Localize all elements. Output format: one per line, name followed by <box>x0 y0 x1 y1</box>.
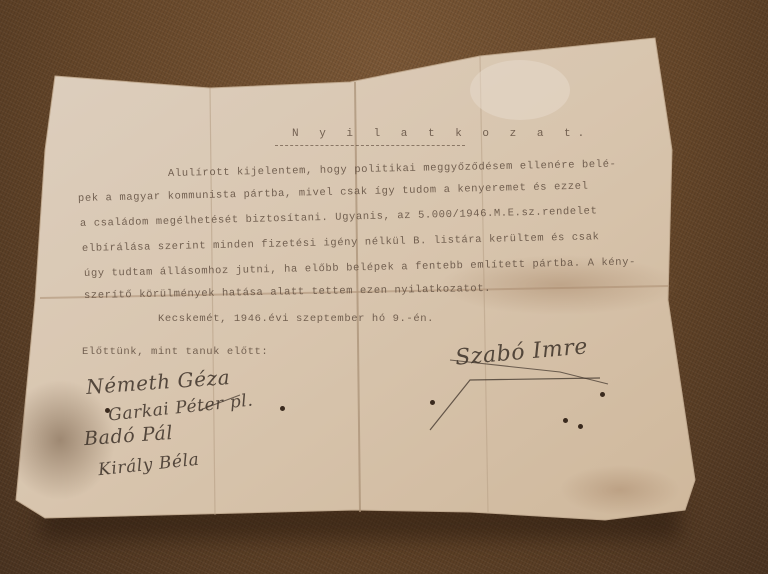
body-line-3: a családom megélhetését biztosítani. Ugy… <box>80 205 598 230</box>
document-text: N y i l a t k o z a t. Alulírott kijelen… <box>0 0 768 574</box>
witness-label: Előttünk, mint tanuk előtt: <box>82 346 268 358</box>
ink-dot <box>563 418 568 423</box>
title-underline <box>275 145 465 146</box>
ink-dot <box>578 424 583 429</box>
witness-signature-3: Badó Pál <box>83 422 173 450</box>
place-date: Kecskemét, 1946.évi szeptember hó 9.-én. <box>158 313 434 325</box>
body-line-1: Alulírott kijelentem, hogy politikai meg… <box>168 159 617 180</box>
body-line-5: úgy tudtam állásomhoz jutni, ha előbb be… <box>84 256 636 280</box>
body-line-2: pek a magyar kommunista pártba, mivel cs… <box>78 181 589 205</box>
signatory-signature: Szabó Imre <box>454 334 589 371</box>
ink-dot <box>430 400 435 405</box>
ink-dot <box>105 408 110 413</box>
document-title: N y i l a t k o z a t. <box>292 128 591 140</box>
body-line-6: szerítő körülmények hatása alatt tettem … <box>84 283 491 302</box>
witness-signature-4: Király Béla <box>97 450 200 481</box>
ink-dot <box>280 406 285 411</box>
body-line-4: elbírálása szerint minden fizetési igény… <box>82 231 600 255</box>
ink-dot <box>600 392 605 397</box>
